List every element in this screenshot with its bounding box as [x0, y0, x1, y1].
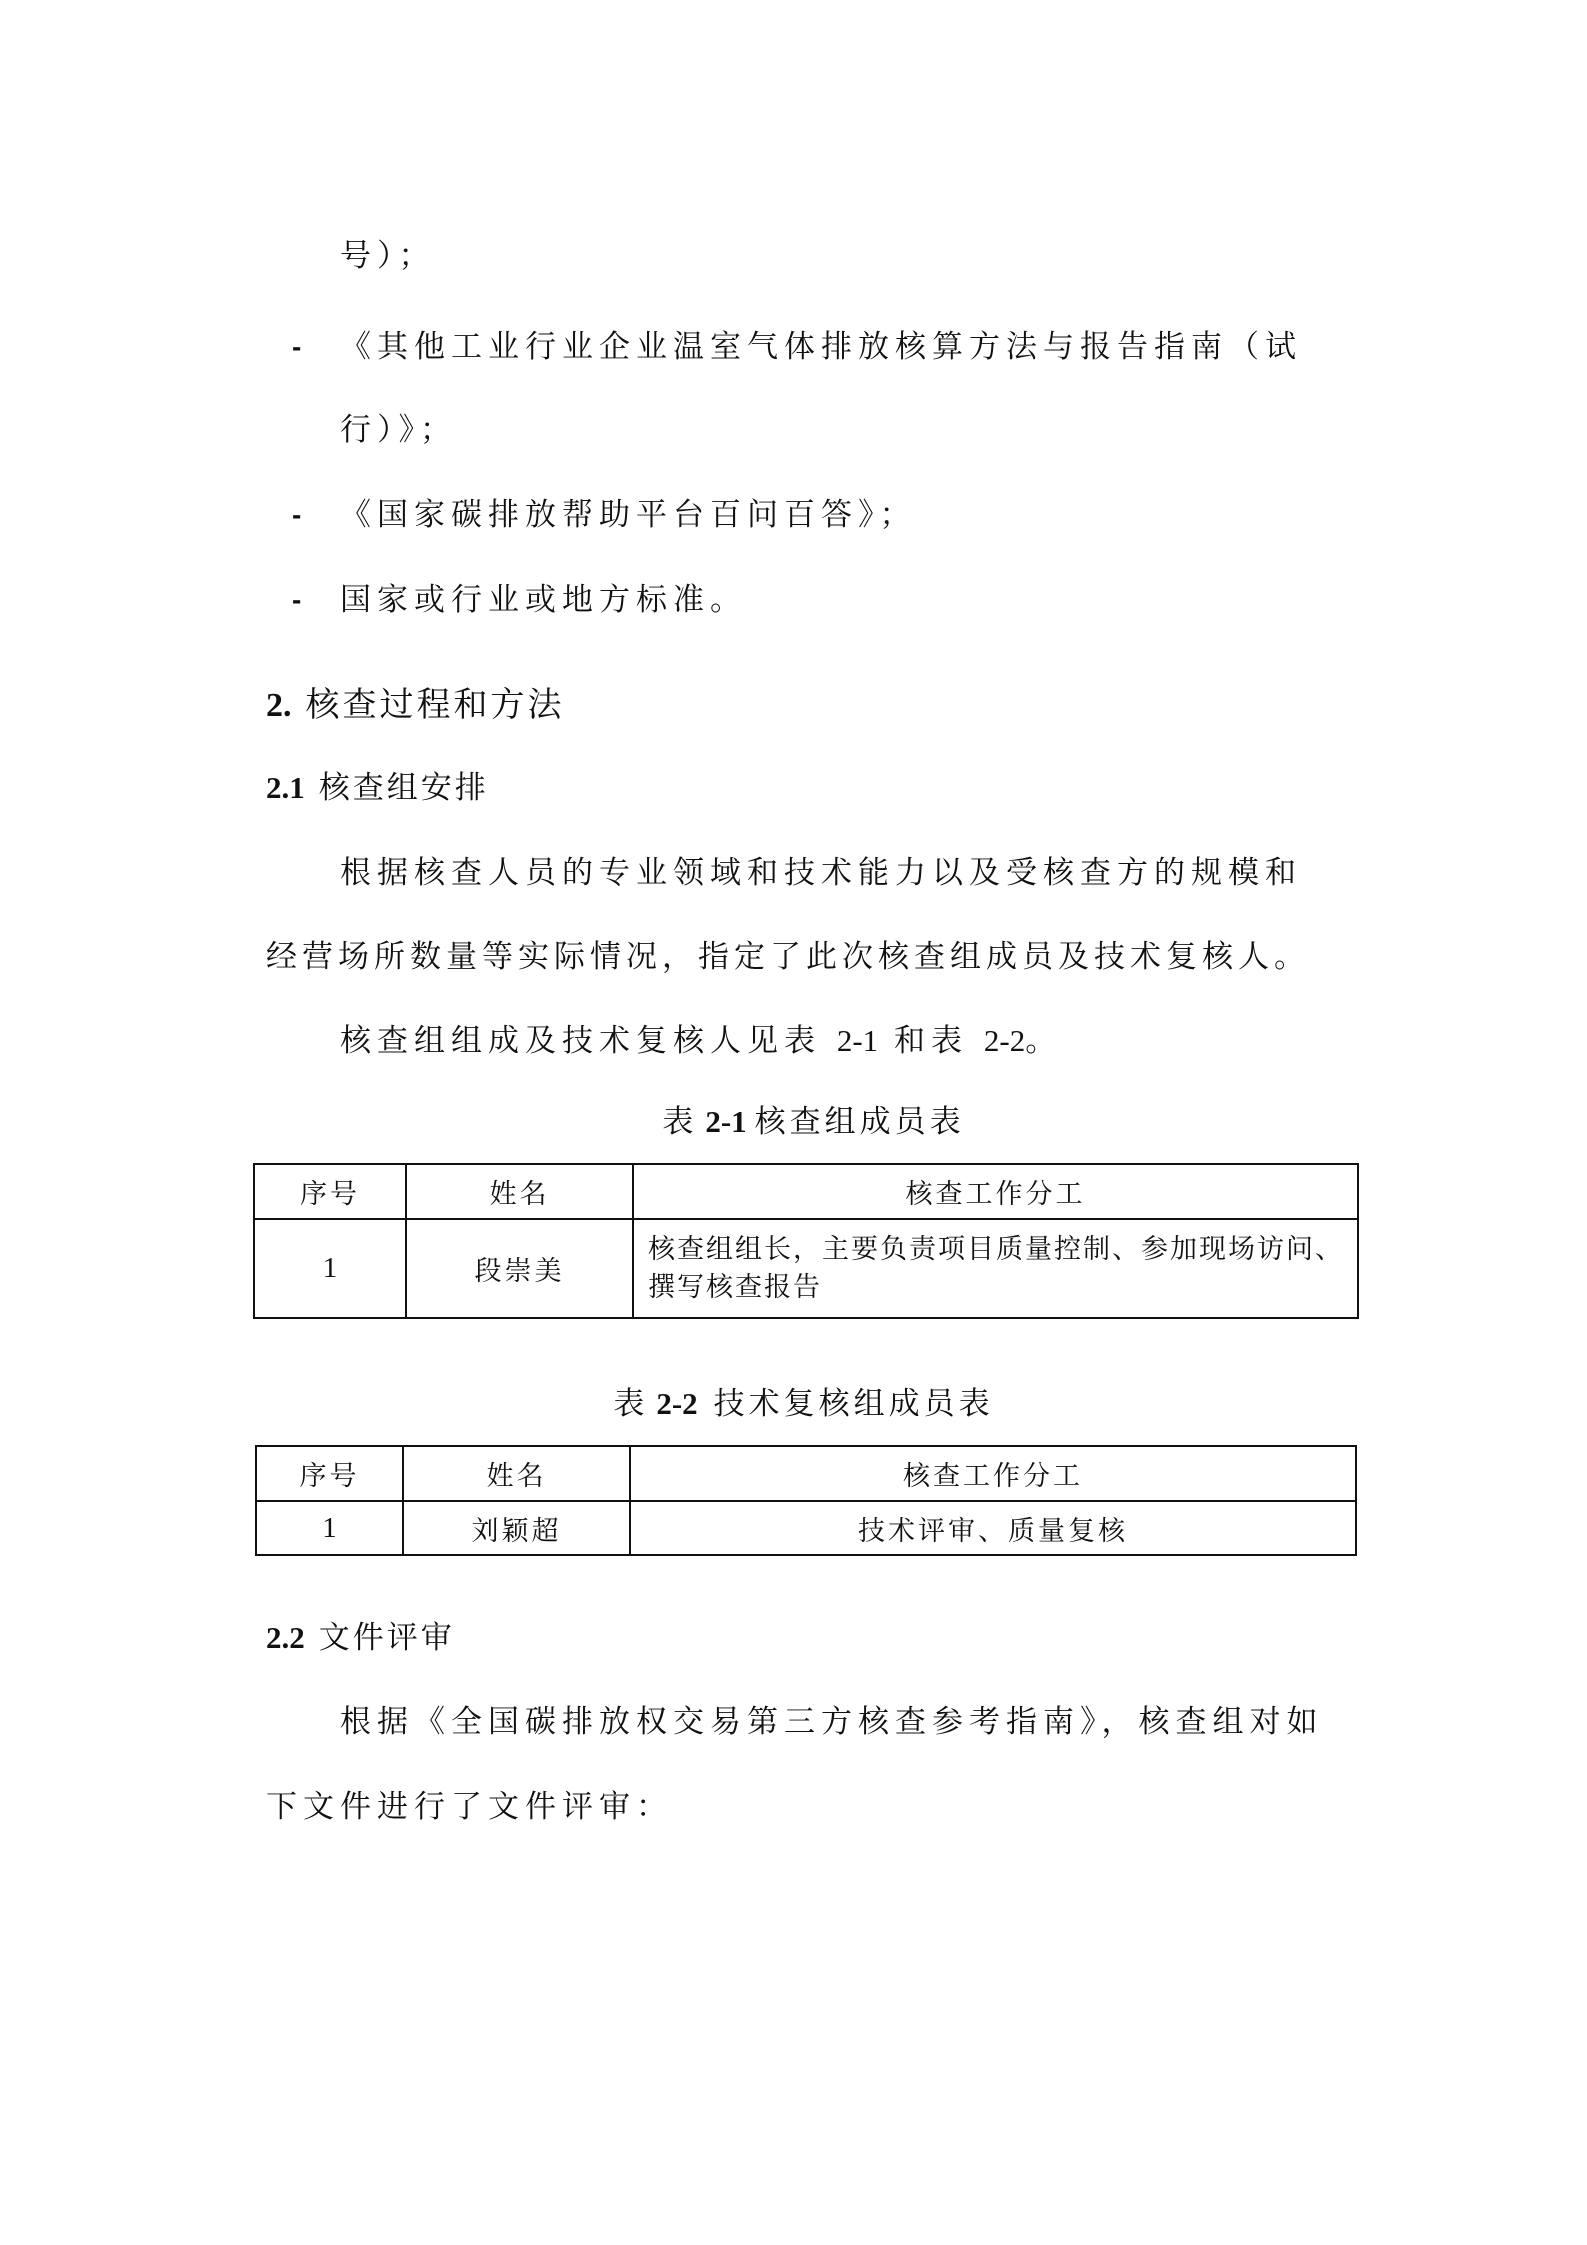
bullet-dash-icon: - [292, 580, 301, 620]
paragraph-line: 下文件进行了文件评审： [266, 1787, 673, 1827]
paragraph-text: 。 [1025, 1023, 1062, 1059]
caption-title: 技术复核组成员表 [714, 1386, 994, 1422]
header-cell: 核查工作分工 [633, 1164, 1358, 1219]
header-cell: 核查工作分工 [630, 1446, 1356, 1501]
paragraph-line: 根据《全国碳排放权交易第三方核查参考指南》，核查组对如 [340, 1702, 1324, 1742]
header-cell: 序号 [254, 1164, 406, 1219]
header-cell: 姓名 [403, 1446, 630, 1501]
paragraph-line: 核查组组成及技术复核人见表 2-1 和表 2-2。 [340, 1021, 1062, 1061]
caption-number: 2-2 [656, 1386, 697, 1421]
reference-item-2: 《国家碳排放帮助平台百问百答》； [340, 495, 917, 535]
team-members-table: 序号 姓名 核查工作分工 1 段崇美 核查组组长，主要负责项目质量控制、参加现场… [253, 1163, 1359, 1319]
reference-item-3: 国家或行业或地方标准。 [340, 580, 747, 620]
table-reference: 2-2 [984, 1023, 1025, 1058]
reference-item-1: 《其他工业行业企业温室气体排放核算方法与报告指南（试 [340, 327, 1302, 367]
section-title: 文件评审 [319, 1620, 455, 1656]
technical-review-table: 序号 姓名 核查工作分工 1 刘颖超 技术评审、质量复核 [255, 1445, 1357, 1556]
section-2-2-heading: 2.2文件评审 [266, 1618, 455, 1658]
table-header-row: 序号 姓名 核查工作分工 [254, 1164, 1358, 1219]
table-row: 1 段崇美 核查组组长，主要负责项目质量控制、参加现场访问、撰写核查报告 [254, 1219, 1358, 1318]
caption-prefix: 表 [662, 1104, 697, 1140]
table-1-caption: 表2-1核查组成员表 [20, 1102, 1587, 1142]
table-header-row: 序号 姓名 核查工作分工 [256, 1446, 1356, 1501]
bullet-dash-icon: - [292, 327, 301, 367]
section-title: 核查过程和方法 [306, 685, 565, 725]
cell-duty: 核查组组长，主要负责项目质量控制、参加现场访问、撰写核查报告 [633, 1219, 1358, 1318]
table-2-caption: 表2-2技术复核组成员表 [10, 1384, 1587, 1424]
section-2-heading: 2.核查过程和方法 [266, 683, 565, 728]
caption-number: 2-1 [705, 1104, 746, 1139]
paragraph-text: 和表 [878, 1023, 984, 1059]
header-cell: 序号 [256, 1446, 403, 1501]
section-2-1-heading: 2.1核查组安排 [266, 768, 489, 808]
section-number: 2.1 [266, 770, 305, 805]
cell-index: 1 [256, 1501, 403, 1555]
cell-name: 段崇美 [406, 1219, 633, 1318]
section-title: 核查组安排 [319, 770, 489, 806]
cell-index: 1 [254, 1219, 406, 1318]
caption-prefix: 表 [613, 1386, 648, 1422]
table-reference: 2-1 [837, 1023, 878, 1058]
paragraph-line: 根据核查人员的专业领域和技术能力以及受核查方的规模和 [340, 853, 1302, 893]
paragraph-text: 核查组组成及技术复核人见表 [340, 1023, 837, 1059]
table-row: 1 刘颖超 技术评审、质量复核 [256, 1501, 1356, 1555]
cell-duty: 技术评审、质量复核 [630, 1501, 1356, 1555]
bullet-dash-icon: - [292, 495, 301, 535]
reference-item-1-continuation: 行）》； [340, 410, 457, 450]
header-cell: 姓名 [406, 1164, 633, 1219]
caption-title: 核查组成员表 [755, 1104, 965, 1140]
continued-reference-text: 号）； [340, 236, 436, 276]
cell-name: 刘颖超 [403, 1501, 630, 1555]
section-number: 2.2 [266, 1620, 305, 1655]
section-number: 2. [266, 687, 292, 724]
paragraph-line: 经营场所数量等实际情况，指定了此次核查组成员及技术复核人。 [266, 937, 1310, 977]
